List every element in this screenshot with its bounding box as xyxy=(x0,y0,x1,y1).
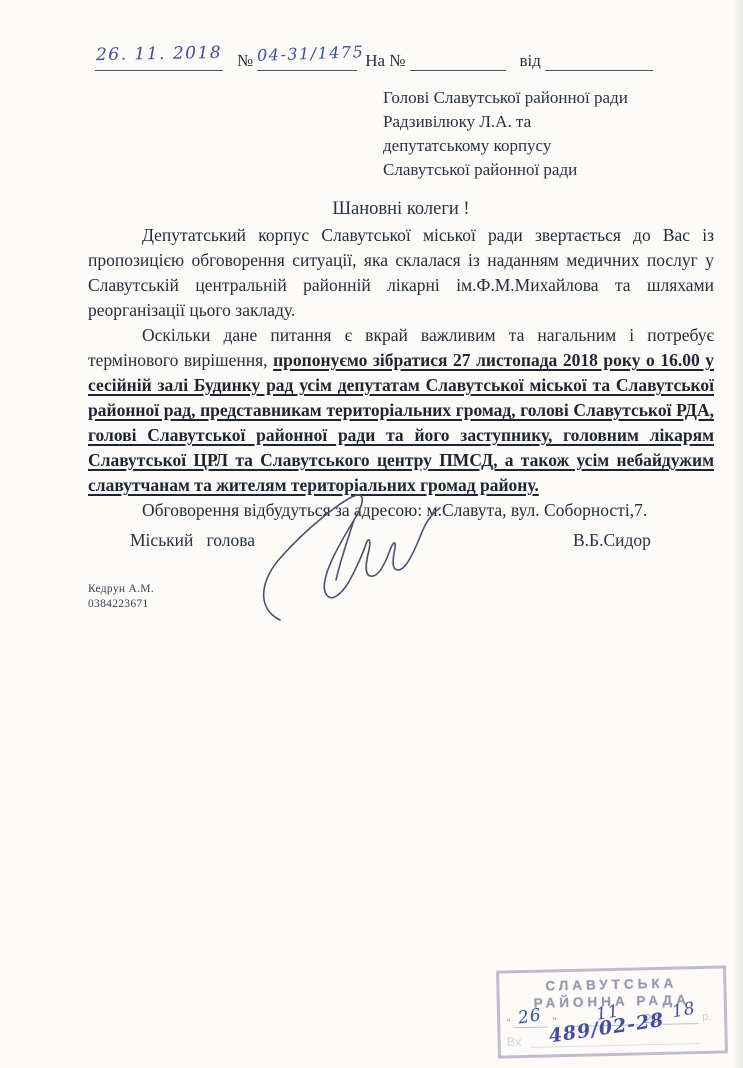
salutation: Шановні колеги ! xyxy=(88,197,714,222)
addressee-line: Голові Славутської районної ради xyxy=(383,86,628,110)
number-label: № xyxy=(237,51,253,70)
reply-number-label: На № xyxy=(365,51,405,70)
incoming-stamp: СЛАВУТСЬКА РАЙОННА РАДА “ 26 ” 11 20 18 … xyxy=(496,965,728,1058)
signer-title: Міський голова xyxy=(130,530,255,551)
number-field: 04-31/1475 xyxy=(257,44,357,71)
paragraph-1: Депутатський корпус Славутської міської … xyxy=(88,223,714,323)
executor-name: Кедрун А.М. xyxy=(88,582,154,597)
stamp-handwritten-day: 26 xyxy=(517,1005,543,1028)
scanned-letter-page: { "document": { "header": { "date_handwr… xyxy=(0,0,743,1068)
addressee-line: депутатському корпусу xyxy=(383,134,628,158)
stamp-quote-open: “ xyxy=(506,1015,511,1030)
reference-line: 26. 11. 2018№04-31/1475На №від xyxy=(95,44,655,71)
from-label: від xyxy=(520,51,541,70)
stamp-index-row: Вх 489/02-28 xyxy=(500,1028,724,1053)
date-field: 26. 11. 2018 xyxy=(95,44,223,71)
scan-shadow-edge xyxy=(734,0,743,1068)
executor-phone: 0384223671 xyxy=(88,597,154,612)
addressee-line: Славутської районної ради xyxy=(383,158,628,182)
addressee-line: Радзивілюку Л.А. та xyxy=(383,110,628,134)
letter-body: Шановні колеги ! Депутатський корпус Сла… xyxy=(88,197,714,523)
handwritten-number: 04-31/1475 xyxy=(257,42,365,65)
paragraph-2: Оскільки дане питання є вкрай важливим т… xyxy=(88,323,714,498)
handwritten-date: 26. 11. 2018 xyxy=(96,43,222,65)
stamp-year-suffix: р. xyxy=(702,1011,711,1023)
paragraph-2-emphasis: пропонуємо зібратися 27 листопада 2018 р… xyxy=(88,350,714,495)
reply-number-field xyxy=(410,44,506,71)
handwritten-signature-icon xyxy=(252,488,462,628)
stamp-index-label: Вх xyxy=(506,1034,521,1049)
signer-name: В.Б.Сидор xyxy=(573,530,651,551)
addressee-block: Голові Славутської районної ради Радзиві… xyxy=(383,86,628,182)
stamp-handwritten-year: 18 xyxy=(670,998,697,1022)
executor-note: Кедрун А.М. 0384223671 xyxy=(88,582,154,612)
from-date-field xyxy=(545,44,653,71)
